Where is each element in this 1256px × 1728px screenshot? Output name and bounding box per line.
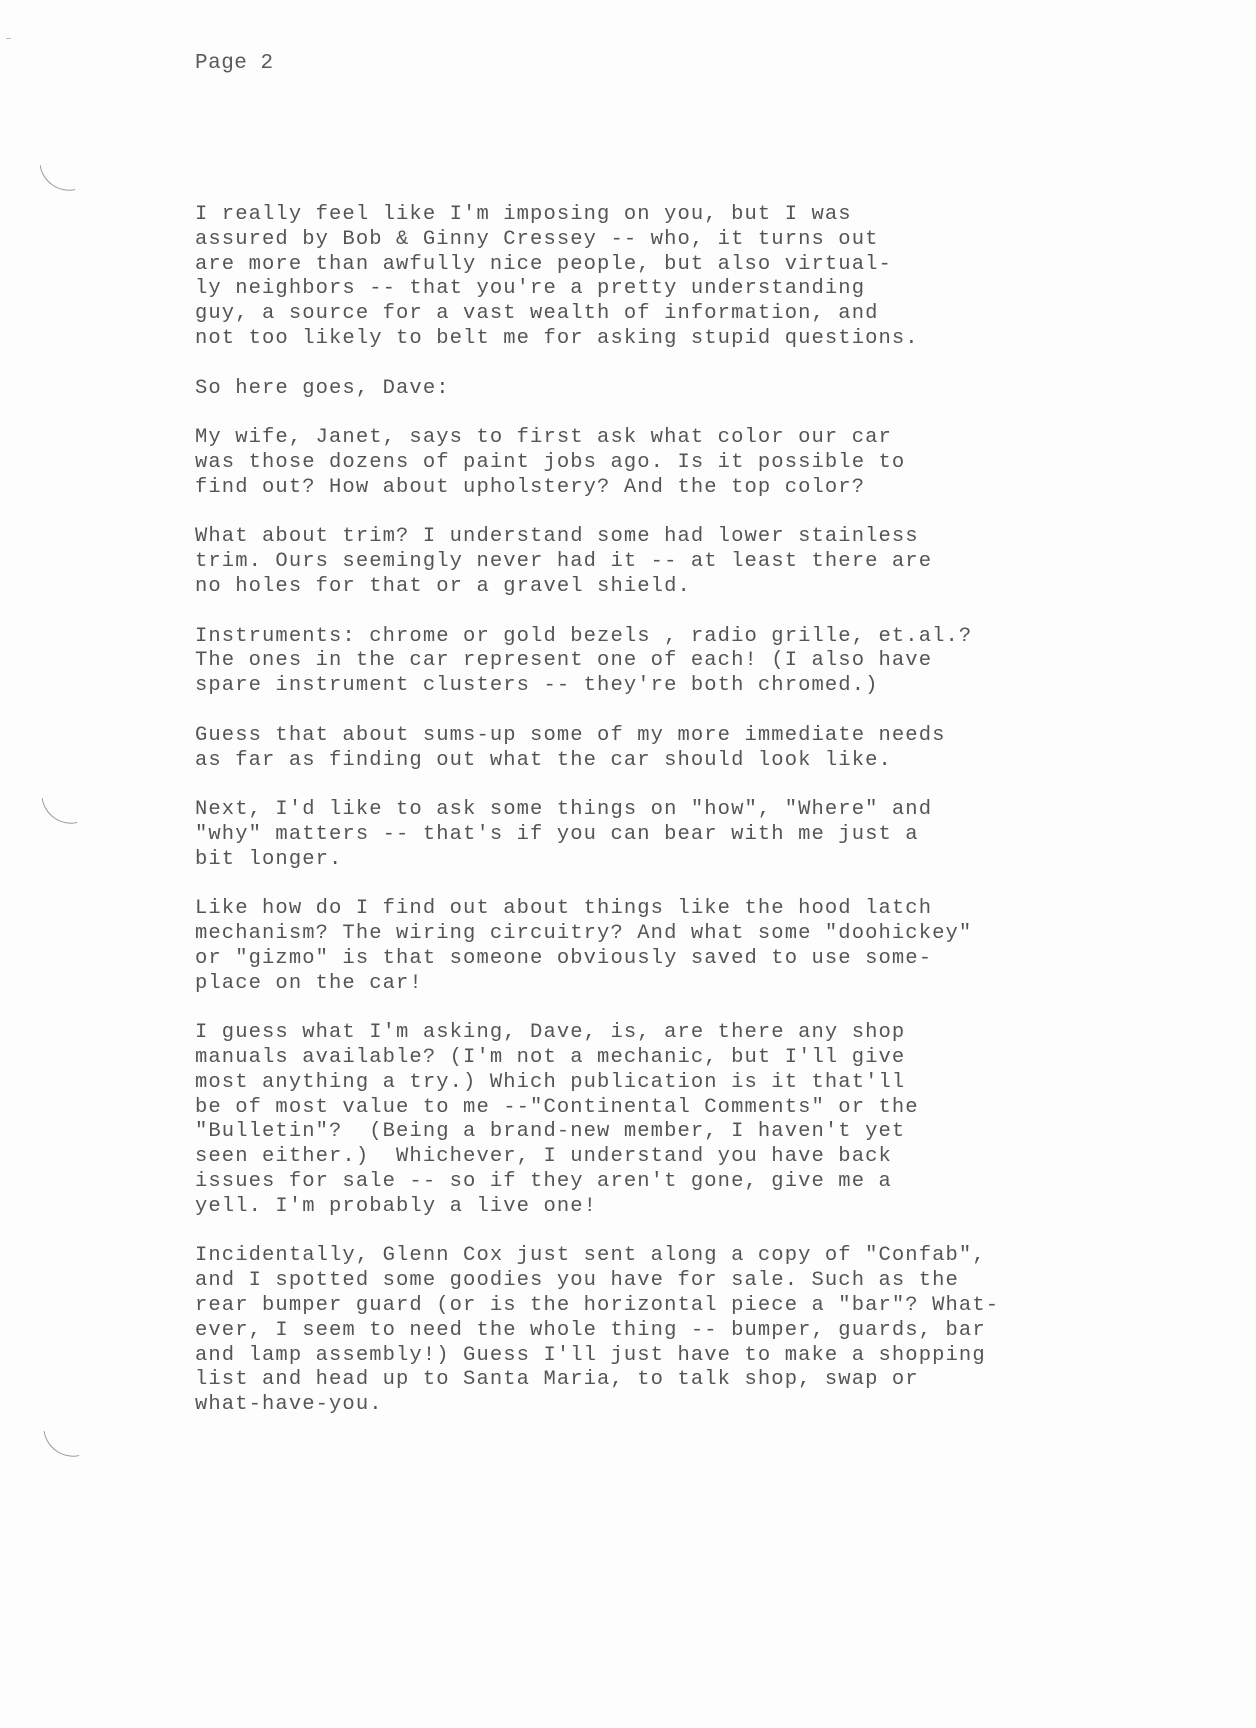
text-line: So here goes, Dave: bbox=[195, 377, 1095, 402]
text-line: mechanism? The wiring circuitry? And wha… bbox=[195, 922, 1095, 947]
text-line: and I spotted some goodies you have for … bbox=[195, 1269, 1095, 1294]
text-line: My wife, Janet, says to first ask what c… bbox=[195, 426, 1095, 451]
text-line: Like how do I find out about things like… bbox=[195, 897, 1095, 922]
text-line: guy, a source for a vast wealth of infor… bbox=[195, 302, 1095, 327]
letter-paragraph: Guess that about sums-up some of my more… bbox=[195, 724, 1095, 774]
text-line: or "gizmo" is that someone obviously sav… bbox=[195, 947, 1095, 972]
text-line: not too likely to belt me for asking stu… bbox=[195, 327, 1095, 352]
text-line: What about trim? I understand some had l… bbox=[195, 525, 1095, 550]
text-line: find out? How about upholstery? And the … bbox=[195, 476, 1095, 501]
text-line: assured by Bob & Ginny Cressey -- who, i… bbox=[195, 228, 1095, 253]
letter-paragraph: My wife, Janet, says to first ask what c… bbox=[195, 426, 1095, 500]
text-line: no holes for that or a gravel shield. bbox=[195, 575, 1095, 600]
letter-paragraph: Like how do I find out about things like… bbox=[195, 897, 1095, 996]
text-line: Instruments: chrome or gold bezels , rad… bbox=[195, 625, 1095, 650]
text-line: Incidentally, Glenn Cox just sent along … bbox=[195, 1244, 1095, 1269]
punch-hole-mark bbox=[42, 793, 78, 829]
text-line: bit longer. bbox=[195, 848, 1095, 873]
text-line: seen either.) Whichever, I understand yo… bbox=[195, 1145, 1095, 1170]
letter-body: I really feel like I'm imposing on you, … bbox=[195, 203, 1095, 1443]
letter-paragraph: Incidentally, Glenn Cox just sent along … bbox=[195, 1244, 1095, 1418]
text-line: ly neighbors -- that you're a pretty und… bbox=[195, 277, 1095, 302]
text-line: The ones in the car represent one of eac… bbox=[195, 649, 1095, 674]
text-line: are more than awfully nice people, but a… bbox=[195, 253, 1095, 278]
letter-page: Page 2 I really feel like I'm imposing o… bbox=[0, 0, 1256, 1728]
punch-hole-mark bbox=[44, 1426, 80, 1462]
text-line: issues for sale -- so if they aren't gon… bbox=[195, 1170, 1095, 1195]
letter-paragraph: Instruments: chrome or gold bezels , rad… bbox=[195, 625, 1095, 699]
text-line: most anything a try.) Which publication … bbox=[195, 1071, 1095, 1096]
text-line: Next, I'd like to ask some things on "ho… bbox=[195, 798, 1095, 823]
text-line: list and head up to Santa Maria, to talk… bbox=[195, 1368, 1095, 1393]
text-line: place on the car! bbox=[195, 972, 1095, 997]
text-line: as far as finding out what the car shoul… bbox=[195, 749, 1095, 774]
text-line: "why" matters -- that's if you can bear … bbox=[195, 823, 1095, 848]
text-line: I guess what I'm asking, Dave, is, are t… bbox=[195, 1021, 1095, 1046]
text-line: "Bulletin"? (Being a brand-new member, I… bbox=[195, 1120, 1095, 1145]
text-line: trim. Ours seemingly never had it -- at … bbox=[195, 550, 1095, 575]
edge-mark bbox=[6, 38, 11, 39]
punch-hole-mark bbox=[40, 160, 76, 196]
text-line: and lamp assembly!) Guess I'll just have… bbox=[195, 1344, 1095, 1369]
letter-paragraph: Next, I'd like to ask some things on "ho… bbox=[195, 798, 1095, 872]
text-line: yell. I'm probably a live one! bbox=[195, 1195, 1095, 1220]
text-line: manuals available? (I'm not a mechanic, … bbox=[195, 1046, 1095, 1071]
letter-paragraph: So here goes, Dave: bbox=[195, 377, 1095, 402]
text-line: spare instrument clusters -- they're bot… bbox=[195, 674, 1095, 699]
text-line: I really feel like I'm imposing on you, … bbox=[195, 203, 1095, 228]
letter-paragraph: I really feel like I'm imposing on you, … bbox=[195, 203, 1095, 352]
text-line: was those dozens of paint jobs ago. Is i… bbox=[195, 451, 1095, 476]
page-number: Page 2 bbox=[195, 52, 274, 75]
text-line: what-have-you. bbox=[195, 1393, 1095, 1418]
letter-paragraph: What about trim? I understand some had l… bbox=[195, 525, 1095, 599]
letter-paragraph: I guess what I'm asking, Dave, is, are t… bbox=[195, 1021, 1095, 1219]
text-line: Guess that about sums-up some of my more… bbox=[195, 724, 1095, 749]
text-line: rear bumper guard (or is the horizontal … bbox=[195, 1294, 1095, 1319]
text-line: be of most value to me --"Continental Co… bbox=[195, 1096, 1095, 1121]
text-line: ever, I seem to need the whole thing -- … bbox=[195, 1319, 1095, 1344]
